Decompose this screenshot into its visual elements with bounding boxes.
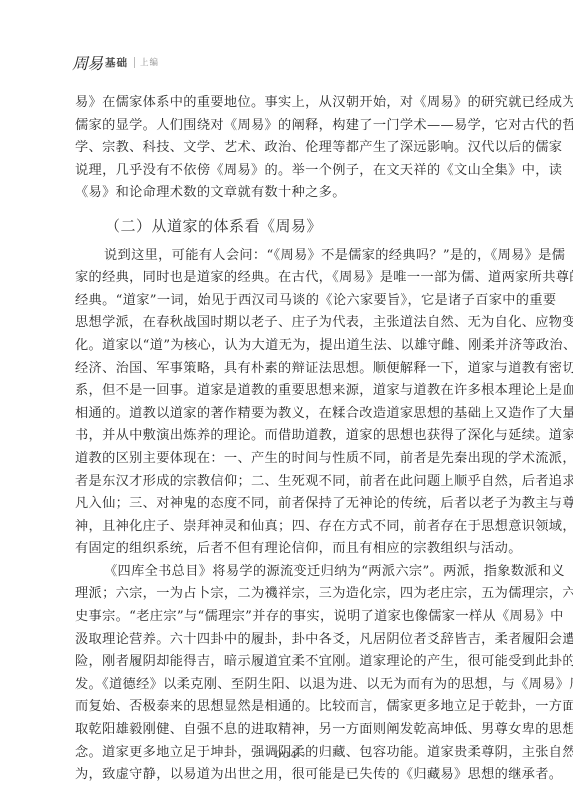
part-label: 上编: [140, 56, 159, 68]
text-line: 险，刚者履阴却能得吉，暗示履道宜柔不宜刚。道家理论的产生，很可能受到此卦的启: [75, 651, 503, 674]
text-line: 者是东汉才形成的宗教信仰；二、生死观不同，前者在此问题上顺乎自然，后者追求超: [75, 471, 503, 494]
text-line: 凡入仙；三、对神鬼的态度不同，前者保持了无神论的传统，后者以老子为教主与尊: [75, 493, 503, 516]
text-line: 书，并从中敷演出炼养的理论。而借助道教，道家的思想也获得了深化与延续。道家与: [75, 425, 503, 448]
text-line: 取乾阳雄毅刚健、自强不息的进取精神，另一方面则阐发乾高坤低、男尊女卑的思想观: [75, 719, 503, 742]
text-line: 而复始、否极泰来的思想显然是相通的。比较而言，儒家更多地立足于乾卦，一方面汲: [75, 696, 503, 719]
paragraph-daoist-classic: 说到这里，可能有人会问：“《周易》不是儒家的经典吗？”是的，《周易》是儒 家的经…: [75, 245, 503, 561]
text-line: 神，且神化庄子、崇拜神灵和仙真；四、存在方式不同，前者存在于思想意识领域，没: [75, 516, 503, 539]
text-line: 相通的。道教以道家的著作精要为教义，在糅合改造道家思想的基础上又造作了大量道: [75, 403, 503, 426]
text-line: 思想学派，在春秋战国时期以老子、庄子为代表，主张道法自然、无为自化、应物变: [75, 312, 503, 335]
text-line: 为，致虚守静，以易道为出世之用，很可能是已失传的《归藏易》思想的继承者。: [75, 764, 503, 787]
page-number: · 004 ·: [0, 749, 573, 761]
text-line: 家的经典，同时也是道家的经典。在古代，《周易》是唯一一部为儒、道两家所共尊的: [75, 267, 503, 290]
text-line: 道教的区别主要体现在：一、产生的时间与性质不同，前者是先秦出现的学术流派，后: [75, 448, 503, 471]
book-logo: 周易: [72, 51, 102, 74]
section-heading: （二）从道家的体系看《周易》: [105, 215, 503, 238]
text-line: 《易》和论命理术数的文章就有数十种之多。: [75, 182, 503, 205]
text-line: 系，但不是一回事。道家是道教的重要思想来源，道家与道教在许多根本理论上是血脉: [75, 380, 503, 403]
header-divider: [134, 57, 135, 68]
text-line: 说理，几乎没有不依傍《周易》的。举一个例子，在文天祥的《文山全集》中，读: [75, 160, 503, 183]
text-line: 经济、治国、军事策略，具有朴素的辩证法思想。顺便解释一下，道家与道教有密切联: [75, 358, 503, 381]
text-line: 易》在儒家体系中的重要地位。事实上，从汉朝开始，对《周易》的研究就已经成为: [75, 92, 503, 115]
page-body: 易》在儒家体系中的重要地位。事实上，从汉朝开始，对《周易》的研究就已经成为 儒家…: [75, 92, 503, 787]
running-header: 周易 基础 上编: [72, 52, 159, 72]
text-line: 《四库全书总目》将易学的源流变迁归纳为“两派六宗”。两派，指象数派和义: [75, 561, 503, 584]
text-line: 史事宗。“老庄宗”与“儒理宗”并存的事实，说明了道家也像儒家一样从《周易》中: [75, 606, 503, 629]
text-line: 有固定的组织系统，后者不但有理论信仰，而且有相应的宗教组织与活动。: [75, 538, 503, 561]
text-line: 汲取理论营养。六十四卦中的履卦，卦中各爻，凡居阴位者爻辞皆吉，柔者履阳会遭凶: [75, 629, 503, 652]
text-line: 说到这里，可能有人会问：“《周易》不是儒家的经典吗？”是的，《周易》是儒: [75, 245, 503, 268]
text-line: 经典。“道家”一词，始见于西汉司马谈的《论六家要旨》，它是诸子百家中的重要: [75, 290, 503, 313]
book-logo-subtitle: 基础: [105, 55, 128, 70]
text-line: 儒家的显学。人们围绕对《周易》的阐释，构建了一门学术——易学，它对古代的哲: [75, 115, 503, 138]
text-line: 化。道家以“道”为核心，认为大道无为，提出道生法、以雄守雌、刚柔并济等政治、: [75, 335, 503, 358]
text-line: 发。《道德经》以柔克刚、至阴生阳、以退为进、以无为而有为的思想，与《周易》周: [75, 674, 503, 697]
paragraph-confucian-status: 易》在儒家体系中的重要地位。事实上，从汉朝开始，对《周易》的研究就已经成为 儒家…: [75, 92, 503, 205]
text-line: 学、宗教、科技、文学、艺术、政治、伦理等都产生了深远影响。汉代以后的儒家: [75, 137, 503, 160]
text-line: 理派；六宗，一为占卜宗，二为禨祥宗，三为造化宗，四为老庄宗，五为儒理宗，六为: [75, 583, 503, 606]
